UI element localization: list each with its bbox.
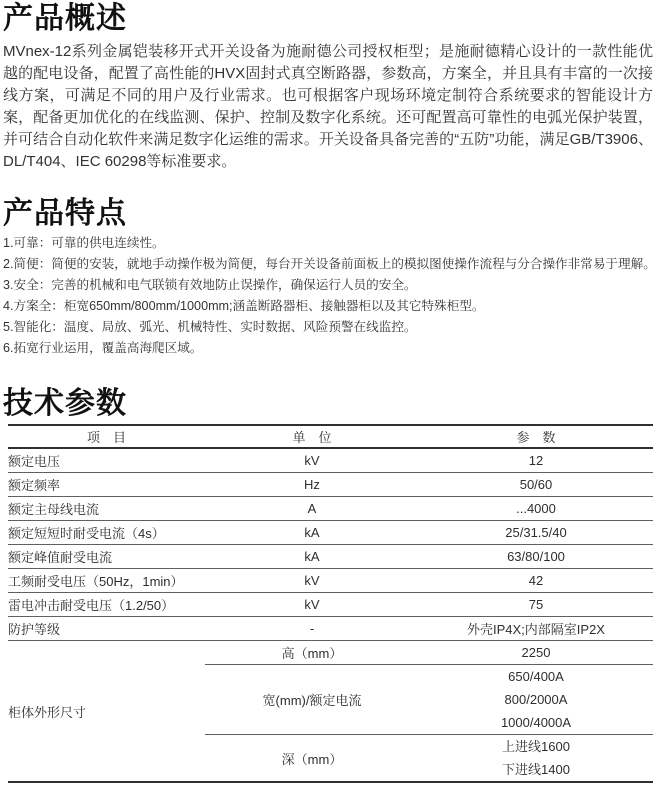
spec-value: 25/31.5/40 — [419, 521, 653, 545]
spec-value: 12 — [419, 448, 653, 473]
spec-row-main-busbar-current: 额定主母线电流 A ...4000 — [8, 497, 653, 521]
spec-dim-width-value-650: 650/400A — [419, 665, 653, 688]
feature-item-safe: 3.安全：完善的机械和电气联锁有效地防止误操作，确保运行人员的安全。 — [3, 275, 655, 296]
spec-unit: kA — [205, 545, 419, 569]
spec-value: 50/60 — [419, 473, 653, 497]
product-datasheet-page: 产品概述 MVnex-12系列金属铠装移开式开关设备为施耐德公司授权柜型；是施耐… — [0, 0, 661, 789]
features-list: 1.可靠：可靠的供电连续性。 2.简便：简便的安装，就地手动操作极为简便，每台开… — [3, 233, 655, 359]
spec-dim-depth-value-top: 上进线1600 — [419, 735, 653, 758]
spec-dim-width-label: 宽(mm)/额定电流 — [205, 665, 419, 735]
specs-section-title: 技术参数 — [3, 389, 655, 419]
spec-item: 额定频率 — [8, 473, 205, 497]
spec-unit: kA — [205, 521, 419, 545]
spec-dim-height-value: 2250 — [419, 641, 653, 665]
spec-value: 75 — [419, 593, 653, 617]
feature-item-industry: 6.拓宽行业运用，覆盖高海爬区域。 — [3, 338, 655, 359]
spec-value: ...4000 — [419, 497, 653, 521]
spec-dim-width-values: 650/400A 800/2000A 1000/4000A — [419, 665, 653, 735]
spec-value: 外壳IP4X;内部隔室IP2X — [419, 617, 653, 641]
features-section-title: 产品特点 — [3, 199, 655, 229]
spec-item: 雷电冲击耐受电压（1.2/50） — [8, 593, 205, 617]
specs-header-row: 项 目 单 位 参 数 — [8, 425, 653, 448]
spec-item-cabinet-dimensions: 柜体外形尺寸 — [8, 641, 205, 783]
spec-dim-depth-value-bottom: 下进线1400 — [419, 758, 653, 781]
spec-value: 63/80/100 — [419, 545, 653, 569]
spec-row-dimensions-height: 柜体外形尺寸 高（mm） 2250 — [8, 641, 653, 665]
spec-item: 额定峰值耐受电流 — [8, 545, 205, 569]
spec-item: 工频耐受电压（50Hz，1min） — [8, 569, 205, 593]
feature-item-intelligent: 5.智能化：温度、局放、弧光、机械特性、实时数据、风险预警在线监控。 — [3, 317, 655, 338]
spec-unit: kV — [205, 593, 419, 617]
spec-item: 额定电压 — [8, 448, 205, 473]
spec-row-rated-frequency: 额定频率 Hz 50/60 — [8, 473, 653, 497]
spec-item: 额定主母线电流 — [8, 497, 205, 521]
spec-dim-height-label: 高（mm） — [205, 641, 419, 665]
specs-header-unit: 单 位 — [205, 425, 419, 448]
feature-item-solutions: 4.方案全：柜宽650mm/800mm/1000mm;涵盖断路器柜、接触器柜以及… — [3, 296, 655, 317]
spec-row-lightning-impulse-withstand-voltage: 雷电冲击耐受电压（1.2/50） kV 75 — [8, 593, 653, 617]
spec-unit: Hz — [205, 473, 419, 497]
spec-unit: kV — [205, 569, 419, 593]
specs-header-item: 项 目 — [8, 425, 205, 448]
overview-paragraph: MVnex-12系列金属铠装移开式开关设备为施耐德公司授权柜型；是施耐德精心设计… — [3, 41, 653, 173]
spec-row-power-frequency-withstand-voltage: 工频耐受电压（50Hz，1min） kV 42 — [8, 569, 653, 593]
spec-row-rated-voltage: 额定电压 kV 12 — [8, 448, 653, 473]
spec-unit: A — [205, 497, 419, 521]
feature-item-reliable: 1.可靠：可靠的供电连续性。 — [3, 233, 655, 254]
spec-row-short-time-withstand-current: 额定短短时耐受电流（4s） kA 25/31.5/40 — [8, 521, 653, 545]
spec-row-peak-withstand-current: 额定峰值耐受电流 kA 63/80/100 — [8, 545, 653, 569]
spec-dim-width-value-1000: 1000/4000A — [419, 711, 653, 734]
spec-dim-depth-label: 深（mm） — [205, 735, 419, 783]
spec-dim-width-value-800: 800/2000A — [419, 688, 653, 711]
spec-dim-depth-values: 上进线1600 下进线1400 — [419, 735, 653, 783]
specs-table: 项 目 单 位 参 数 额定电压 kV 12 额定频率 Hz 50/60 额定主… — [8, 424, 653, 783]
spec-unit: - — [205, 617, 419, 641]
spec-unit: kV — [205, 448, 419, 473]
spec-item: 额定短短时耐受电流（4s） — [8, 521, 205, 545]
spec-item: 防护等级 — [8, 617, 205, 641]
spec-row-protection-degree: 防护等级 - 外壳IP4X;内部隔室IP2X — [8, 617, 653, 641]
specs-header-value: 参 数 — [419, 425, 653, 448]
spec-value: 42 — [419, 569, 653, 593]
overview-section-title: 产品概述 — [3, 0, 655, 34]
feature-item-simple: 2.简便：简便的安装，就地手动操作极为简便，每台开关设备前面板上的模拟图使操作流… — [3, 254, 655, 275]
